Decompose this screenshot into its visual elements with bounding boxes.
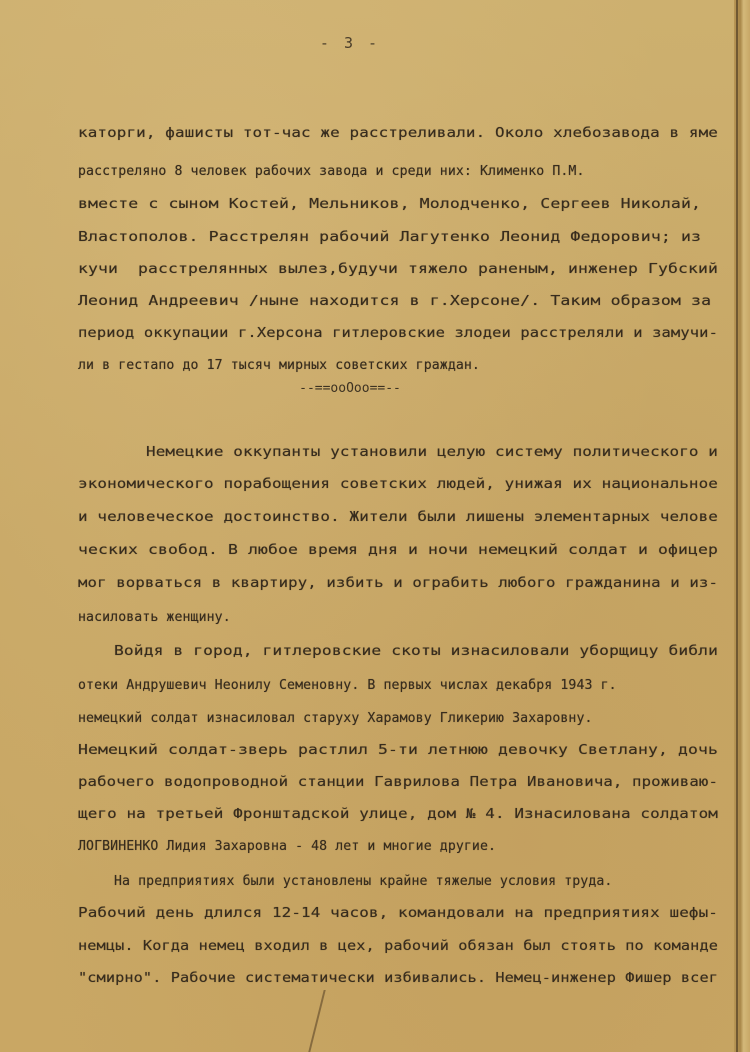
text-line: ЛОГВИНЕНКО Лидия Захаровна - 48 лет и мн…: [78, 839, 496, 855]
text-line: отеки Андрушевич Неонилу Семеновну. В пе…: [78, 678, 617, 694]
text-line: Леонид Андреевич /ныне находится в г.Хер…: [78, 294, 711, 310]
text-line: период оккупации г.Херсона гитлеровские …: [78, 326, 718, 342]
page-number: - 3 -: [0, 34, 700, 52]
text-line: рабочего водопроводной станции Гаврилова…: [78, 775, 718, 791]
text-line: "смирно". Рабочие систематически избивал…: [78, 971, 718, 987]
text-line: Властополов. Расстрелян рабочий Лагутенк…: [78, 230, 701, 246]
page-edge-line: [736, 0, 738, 1052]
text-line: кучи расстрелянных вылез,будучи тяжело р…: [78, 262, 718, 278]
section-divider: --==ooOoo==--: [0, 381, 700, 396]
text-line: Немецкие оккупанты установили целую сист…: [146, 445, 718, 461]
text-line: На предприятиях были установлены крайне …: [114, 874, 612, 890]
text-line: вместе с сыном Костей, Мельников, Молодч…: [78, 197, 701, 213]
text-line: Войдя в город, гитлеровские скоты изнаси…: [114, 644, 718, 660]
text-line: Немецкий солдат-зверь растлил 5-ти летню…: [78, 743, 718, 759]
text-line: немцы. Когда немец входил в цех, рабочий…: [78, 939, 718, 955]
text-line: ческих свобод. В любое время дня и ночи …: [78, 543, 718, 559]
text-line: щего на третьей Фронштадской улице, дом …: [78, 807, 718, 823]
document-page: - 3 - каторги, фашисты тот-час же расстр…: [0, 0, 750, 1052]
text-line: мог ворваться в квартиру, избить и ограб…: [78, 576, 718, 592]
text-line: экономического порабощения советских люд…: [78, 477, 718, 493]
text-line: насиловать женщину.: [78, 610, 231, 626]
paper-crack: [308, 990, 325, 1052]
text-line: немецкий солдат изнасиловал старуху Хара…: [78, 711, 593, 727]
text-line: Рабочий день длился 12-14 часов, командо…: [78, 906, 718, 922]
text-line: каторги, фашисты тот-час же расстреливал…: [78, 126, 718, 142]
text-line: расстреляно 8 человек рабочих завода и с…: [78, 164, 585, 180]
text-line: ли в гестапо до 17 тысяч мирных советски…: [78, 358, 480, 374]
text-line: и человеческое достоинство. Жители были …: [78, 510, 718, 526]
